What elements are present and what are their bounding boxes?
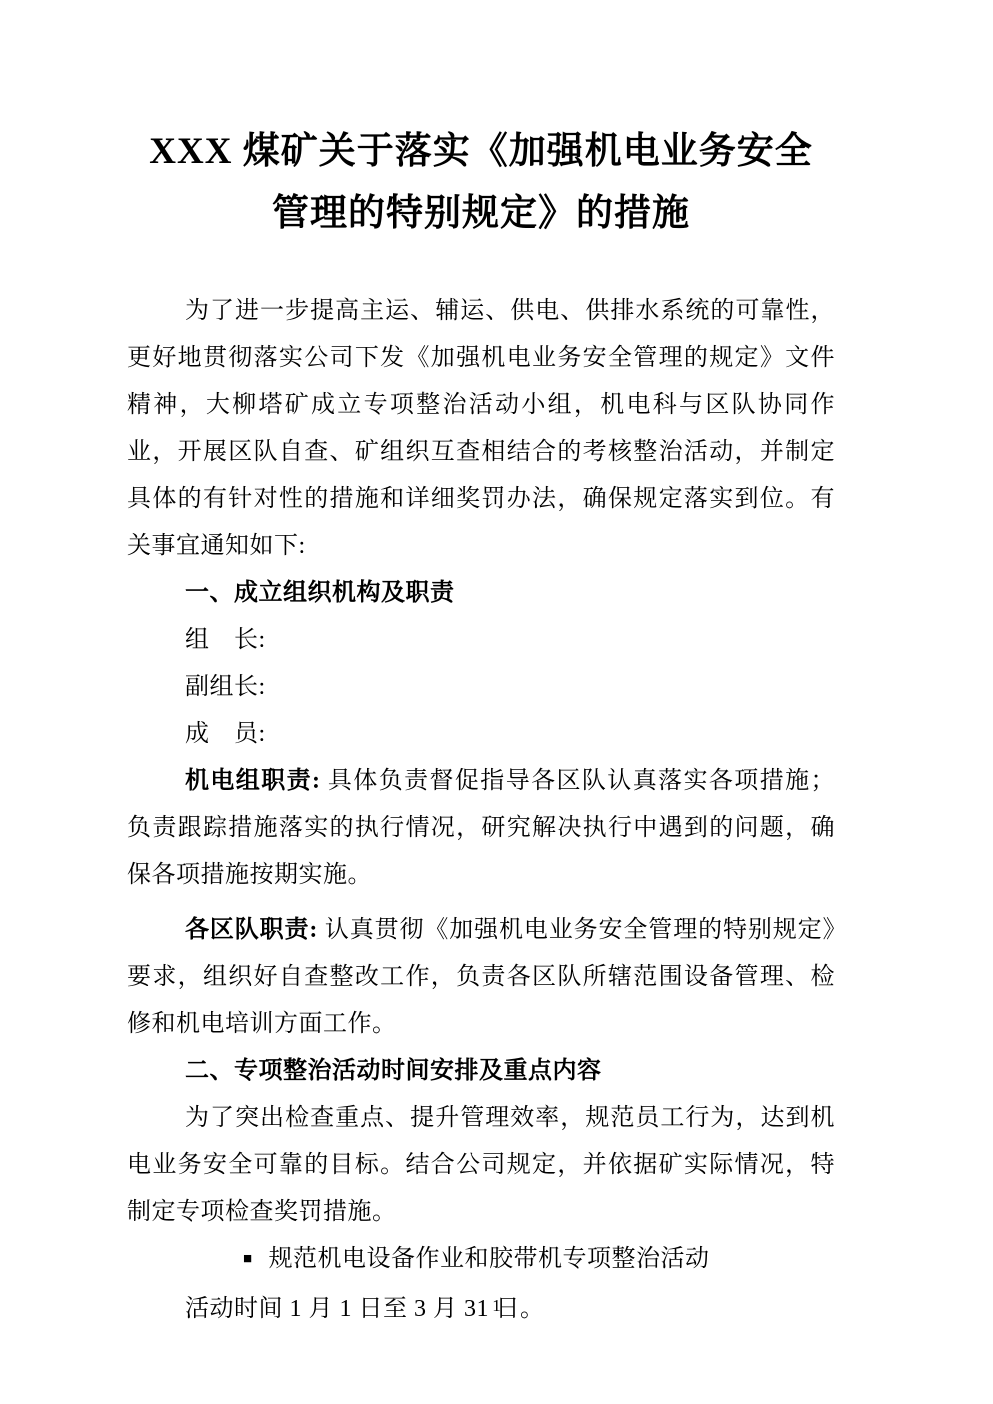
intro-paragraph: 为了进一步提高主运、辅运、供电、供排水系统的可靠性，更好地贯彻落实公司下发《加强… <box>127 288 835 570</box>
duty-district-teams-paragraph: 各区队职责: 认真贯彻《加强机电业务安全管理的特别规定》要求，组织好自查整改工作… <box>127 907 835 1048</box>
section2-heading: 二、专项整治活动时间安排及重点内容 <box>127 1048 835 1095</box>
section2-paragraph: 为了突出检查重点、提升管理效率，规范员工行为，达到机电业务安全可靠的目标。结合公… <box>127 1095 835 1236</box>
page-number: 1 <box>0 1296 993 1316</box>
section1-heading: 一、成立组织机构及职责 <box>127 570 835 617</box>
document-title: XXX 煤矿关于落实《加强机电业务安全管理的特别规定》的措施 <box>137 121 825 245</box>
bullet-item: ■规范机电设备作业和胶带机专项整治活动 <box>127 1236 835 1286</box>
role-leader-line: 组 长: <box>127 617 835 664</box>
duty-electromechanical-group-paragraph: 机电组职责: 具体负责督促指导各区队认真落实各项措施；负责跟踪措施落实的执行情况… <box>127 758 835 899</box>
document-page: XXX 煤矿关于落实《加强机电业务安全管理的特别规定》的措施 为了进一步提高主运… <box>0 0 993 1404</box>
bullet-square-icon: ■ <box>185 1236 253 1283</box>
document-content: XXX 煤矿关于落实《加强机电业务安全管理的特别规定》的措施 为了进一步提高主运… <box>127 0 835 1333</box>
role-deputy-leader-line: 副组长: <box>127 664 835 711</box>
duty-district-teams-label: 各区队职责: <box>185 917 325 943</box>
bullet-item-text: 规范机电设备作业和胶带机专项整治活动 <box>269 1246 710 1272</box>
duty-electromechanical-group-label: 机电组职责: <box>185 768 328 794</box>
role-members-line: 成 员: <box>127 711 835 758</box>
